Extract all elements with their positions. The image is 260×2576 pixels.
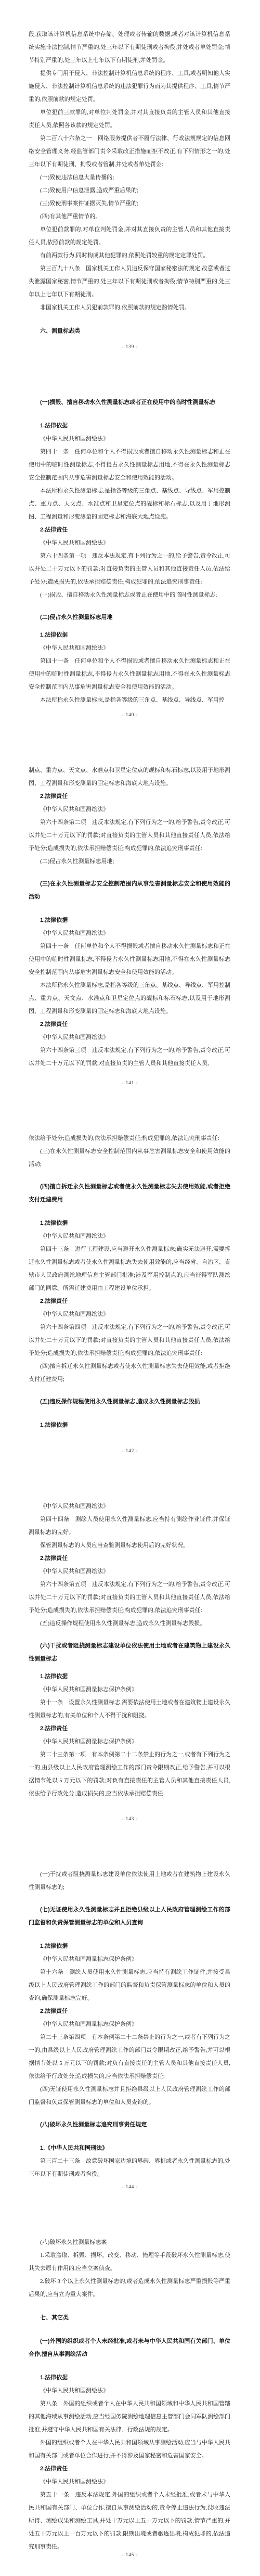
page-content: 《中华人民共和国测绘法》第四十四条 测绘人员使用永久性测量标志,应当持有测绘作业… [29, 1500, 230, 1800]
paragraph: 1.法律依据 [29, 2371, 230, 2384]
paragraph: (二)致使用户信息泄露,造成严重后果的; [29, 184, 230, 197]
paragraph: (四)有其他严重情节的。 [29, 210, 230, 223]
paragraph: 《中华人民共和国测量标志保护条例》 [29, 1953, 230, 1966]
paragraph: 《中华人民共和国测绘法》 [29, 1031, 230, 1044]
paragraph: 第四十一条 任何单位和个人不得损毁或者擅自移动永久性测量标志和正在使用中的临时性… [29, 446, 230, 485]
paragraph: 第二十三条第四项 有本条例第二十二条禁止的行为之一,或者有下列行为之一的,由县级… [29, 2031, 230, 2083]
paragraph: (一)损毁、擅自移动永久性测量标志或者正在使用中的临时性测量标志 [29, 396, 230, 409]
paragraph: 《中华人民共和国测绘法》 [29, 433, 230, 446]
paragraph: 提供专门用于侵入、非法控制计算机信息系统的程序、工具,或者明知他人实施侵入、非法… [29, 67, 230, 106]
paragraph: 七、其它类 [29, 2312, 230, 2325]
paragraph: 1.法律依据 [29, 629, 230, 642]
paragraph: 第二百八十六条之一 网络服务提供者不履行法律、行政法规规定的信息网络安全管理义务… [29, 132, 230, 171]
paragraph: 《中华人民共和国测绘法》 [29, 537, 230, 550]
paragraph: 第三百二十三条 故意破坏国家边境的界碑、界桩或者永久性测量标志的,处三年以下有期… [29, 2155, 230, 2181]
document-page: (一)损毁、擅自移动永久性测量标志或者正在使用中的临时性测量标志1.法律依据《中… [0, 368, 260, 736]
paragraph: 2.法律责任 [29, 2005, 230, 2018]
paragraph: 第三百九十八条 国家机关工作人员违反保守国家秘密法的规定,故意或者过失泄露国家秘… [29, 262, 230, 301]
paragraph: 保管测量标志的人员应当查验测量标志使用后的完好状况。 [29, 1539, 230, 1552]
paragraph: 外国的组织或者个人在中华人民共和国领域从事测绘活动,应当与中华人民共和国有关部门… [29, 2437, 230, 2463]
paragraph: 段,获取该计算机信息系统中存储、处理或者传输的数据,或者对该计算机信息系统实施非… [29, 28, 230, 67]
paragraph: (八)破坏永久性测量标志追究刑事责任规定 [29, 2118, 230, 2131]
paragraph: 2.破坏 3 个以上永久性测量标志的,或者造成永久性测量标志严重损毁等严重后果的… [29, 2275, 230, 2301]
page-number: - 140 - [0, 712, 260, 717]
page-content: 依法给予处分;造成损失的,依法承担赔偿责任;构成犯罪的,依法追究刑事责任:(三)… [29, 1132, 230, 1432]
paragraph: 单位犯前三款罪的,对单位判处罚金,并对其直接负责的主管人员和其他直接责任人员,依… [29, 106, 230, 132]
paragraph: 2.法律责任 [29, 790, 230, 803]
paragraph: (一)致使违法信息大量传播的; [29, 171, 230, 184]
paragraph: 制点、重力点、天文点、水准点和卫星定位点的觇标和标石标志,以及用于地形测图、工程… [29, 764, 230, 790]
paragraph: (四)擅自拆迁永久性测量标志或者使永久性测量标志失去使用效能,或者拒绝支付迁建费… [29, 1181, 230, 1207]
paragraph: 《中华人民共和国测绘法》 [29, 1308, 230, 1321]
paragraph: (一)干扰或者阻挠测量标志建设单位依法使用土地或者在建筑物上建设永久性测量标志的… [29, 1868, 230, 1894]
paragraph: (二)侵占永久性测量标志用地; [29, 855, 230, 868]
paragraph: 第六十四条第五项 违反本法规定,有下列行为之一的,给予警告,责令改正,可以并处二… [29, 1578, 230, 1617]
paragraph: 2.法律责任 [29, 1018, 230, 1031]
paragraph: (四)无证使用永久性测量标志并且拒绝县级以上人民政府管理测绘工作的部门监督和负责… [29, 2083, 230, 2109]
paragraph: 《中华人民共和国测绘法》 [29, 927, 230, 940]
paragraph: 有前两款行为,同时构成其他犯罪的,依照处罚较重的规定定罪处罚。 [29, 249, 230, 262]
paragraph: 1.法律依据 [29, 1419, 230, 1432]
paragraph: 2.法律责任 [29, 1552, 230, 1565]
page-number: - 143 - [0, 1816, 260, 1821]
page-number: - 139 - [0, 344, 260, 349]
paragraph: (一)损毁、擅自移动永久性测量标志或者正在使用中的临时性测量标志; [29, 589, 230, 602]
paragraph: 《中华人民共和国测绘法》 [29, 642, 230, 655]
paragraph: 单位犯前款罪的,对单位判处罚金,并对其直接负责的主管人员和其他直接责任人员,依照… [29, 223, 230, 249]
paragraph: 第十六条 测绘人员使用永久性测量标志,应当持有测绘工作证件,并接受县级以上人民政… [29, 1966, 230, 2005]
paragraph: 《中华人民共和国测绘法》 [29, 1500, 230, 1513]
paragraph: 2.《公安部关于妨害国(边)境管理犯罪案件立案标准及有关问题的通知》 [29, 2181, 230, 2182]
paragraph: 《中华人民共和国测绘法》 [29, 2476, 230, 2489]
document-page: (八)破坏永久性测量标志案1.采取盗取、拆毁、损坏、改变、移动、掩埋等手段破坏永… [0, 2208, 260, 2576]
paragraph: 1.法律依据 [29, 420, 230, 433]
paragraph: 《中华人民共和国测绘法》 [29, 803, 230, 816]
paragraph: 第二十三条第一项 有本条例第二十二条禁止的行为之一,或者有下列行为之一的,由县级… [29, 1748, 230, 1800]
document-page: 依法给予处分;造成损失的,依法承担赔偿责任;构成犯罪的,依法追究刑事责任:(三)… [0, 1104, 260, 1472]
paragraph: 2.法律责任 [29, 1722, 230, 1735]
paragraph: (二)侵占永久性测量标志用地 [29, 611, 230, 624]
paragraph: (五)违反操作规程使用永久性测量标志,造成永久性测量标志毁损 [29, 1395, 230, 1408]
paragraph: 第六十四条第三项 违反本法规定,有下列行为之一的,给予警告,责令改正,可以并处二… [29, 1044, 230, 1070]
page-content: 制点、重力点、天文点、水准点和卫星定位点的觇标和标石标志,以及用于地形测图、工程… [29, 764, 230, 1070]
paragraph: 《中华人民共和国测绘法》 [29, 1565, 230, 1578]
paragraph: 《中华人民共和国测绘法》 [29, 2384, 230, 2397]
document-page: 段,获取该计算机信息系统中存储、处理或者传输的数据,或者对该计算机信息系统实施非… [0, 0, 260, 368]
paragraph: (三)在永久性测量标志安全控制范围内从事危害测量标志安全和使用效能的活动 [29, 878, 230, 904]
paragraph: 2.法律责任 [29, 1295, 230, 1308]
page-content: 段,获取该计算机信息系统中存储、处理或者传输的数据,或者对该计算机信息系统实施非… [29, 28, 230, 342]
document-page: 制点、重力点、天文点、水准点和卫星定位点的觇标和标石标志,以及用于地形测图、工程… [0, 736, 260, 1104]
page-number: - 141 - [0, 1080, 260, 1085]
paragraph: 《中华人民共和国测量标志保护条例》 [29, 1683, 230, 1696]
paragraph: 第六十四条第一项 违反本法规定,有下列行为之一的,给予警告,责令改正,可以并处二… [29, 550, 230, 589]
paragraph: 《中华人民共和国测量标志保护条例》 [29, 2018, 230, 2031]
paragraph: (五)违反操作规程使用永久性测量标志,造成永久性测量标志毁损。 [29, 1617, 230, 1630]
page-number: - 144 - [0, 2184, 260, 2189]
document-page: (一)干扰或者阻挠测量标志建设单位依法使用土地或者在建筑物上建设永久性测量标志的… [0, 1840, 260, 2208]
paragraph: 1.《中华人民共和国刑法》 [29, 2142, 230, 2155]
document-page: 《中华人民共和国测绘法》第四十四条 测绘人员使用永久性测量标志,应当持有测绘作业… [0, 1472, 260, 1840]
page-content: (八)破坏永久性测量标志案1.采取盗取、拆毁、损坏、改变、移动、掩埋等手段破坏永… [29, 2236, 230, 2550]
paragraph: (七)无证使用永久性测量标志并且拒绝县级以上人民政府管理测绘工作的部门监督和负责… [29, 1904, 230, 1930]
paragraph: 非国家机关工作人员犯前款罪的,依照前款的规定酌情处罚。 [29, 301, 230, 314]
paragraph: (一)外国的组织或者个人未经批准,或者未与中华人民共和国有关部门、单位合作,擅自… [29, 2335, 230, 2361]
paragraph: 本法所称永久性测量标志,是指各等级的三角点、基线点、导线点、军用控 [29, 694, 230, 707]
paragraph: 本法所称永久性测量标志,是指各等级的三角点、基线点、导线点、军用控制点、重力点、… [29, 979, 230, 1018]
paragraph: 1.法律依据 [29, 914, 230, 927]
paragraph: (三)在永久性测量标志安全控制范围内从事危害测量标志安全和使用效能的活动; [29, 1145, 230, 1171]
paragraph: 《中华人民共和国测量标志保护条例》 [29, 1735, 230, 1748]
paragraph: 2.法律责任 [29, 2463, 230, 2476]
paragraph: 第四十一条 任何单位和个人不得损毁或者擅自移动永久性测量标志和正在使用中的临时性… [29, 655, 230, 694]
page-number: - 145 - [0, 2552, 260, 2557]
paragraph: 1.法律依据 [29, 1940, 230, 1953]
paragraph: 1.法律依据 [29, 1670, 230, 1683]
paragraph: 依法给予处分;造成损失的,依法承担赔偿责任;构成犯罪的,依法追究刑事责任: [29, 1132, 230, 1145]
paragraph: 第五十一条 违反本法规定,外国的组织或者个人未经批准,或者未与中华人民共和国有关… [29, 2489, 230, 2550]
paragraph: (六)干扰或者阻挠测量标志建设单位依法使用土地或者在建筑物上建设永久性测量标志 [29, 1640, 230, 1666]
paragraph: 六、测量标志类 [29, 325, 230, 338]
page-content: (一)干扰或者阻挠测量标志建设单位依法使用土地或者在建筑物上建设永久性测量标志的… [29, 1868, 230, 2182]
paragraph: (八)破坏永久性测量标志案 [29, 2236, 230, 2249]
paragraph: 《中华人民共和国测绘法》 [29, 1230, 230, 1243]
paragraph: 第四十四条 测绘人员使用永久性测量标志,应当持有测绘作业证件,并保证测量标志的完… [29, 1513, 230, 1539]
paragraph: 本法所称永久性测量标志,是指各等级的三角点、基线点、导线点、军用控制点、重力点、… [29, 485, 230, 524]
paragraph: 第六十四条第四项 违反本法规定,有下列行为之一的,给予警告,责令改正,可以并处二… [29, 1321, 230, 1360]
paragraph: (三)致使刑事案件证据灭失,情节严重的; [29, 197, 230, 210]
paragraph: 第六十四条第二项 违反本法规定,有下列行为之一的,给予警告,责令改正,可以并处二… [29, 816, 230, 855]
page-content: (一)损毁、擅自移动永久性测量标志或者正在使用中的临时性测量标志1.法律依据《中… [29, 396, 230, 707]
paragraph: 第四十三条 进行工程建设,应当避开永久性测量标志;确实无法避开,需要拆迁永久性测… [29, 1243, 230, 1295]
paragraph: 1.采取盗取、拆毁、损坏、改变、移动、掩埋等手段破坏永久性测量标志,使其失去原有… [29, 2249, 230, 2275]
document: 段,获取该计算机信息系统中存储、处理或者传输的数据,或者对该计算机信息系统实施非… [0, 0, 260, 2576]
paragraph: 2.法律责任 [29, 524, 230, 537]
paragraph: 第八条 外国的组织或者个人在中华人民共和国领域和中华人民共和国管辖的其他海域从事… [29, 2397, 230, 2437]
paragraph: 1.法律依据 [29, 1217, 230, 1230]
page-number: - 142 - [0, 1448, 260, 1453]
paragraph: 第十一条 设置永久性测量标志,需要依法使用土地或者在建筑物上建设永久性测量标志的… [29, 1696, 230, 1722]
paragraph: 第四十一条 任何单位和个人不得损毁或者擅自移动永久性测量标志和正在使用中的临时性… [29, 940, 230, 979]
paragraph: (四)擅自拆迁永久性测量标志或者使永久性测量标志失去使用效能,或者拒绝支付迁建费… [29, 1360, 230, 1386]
